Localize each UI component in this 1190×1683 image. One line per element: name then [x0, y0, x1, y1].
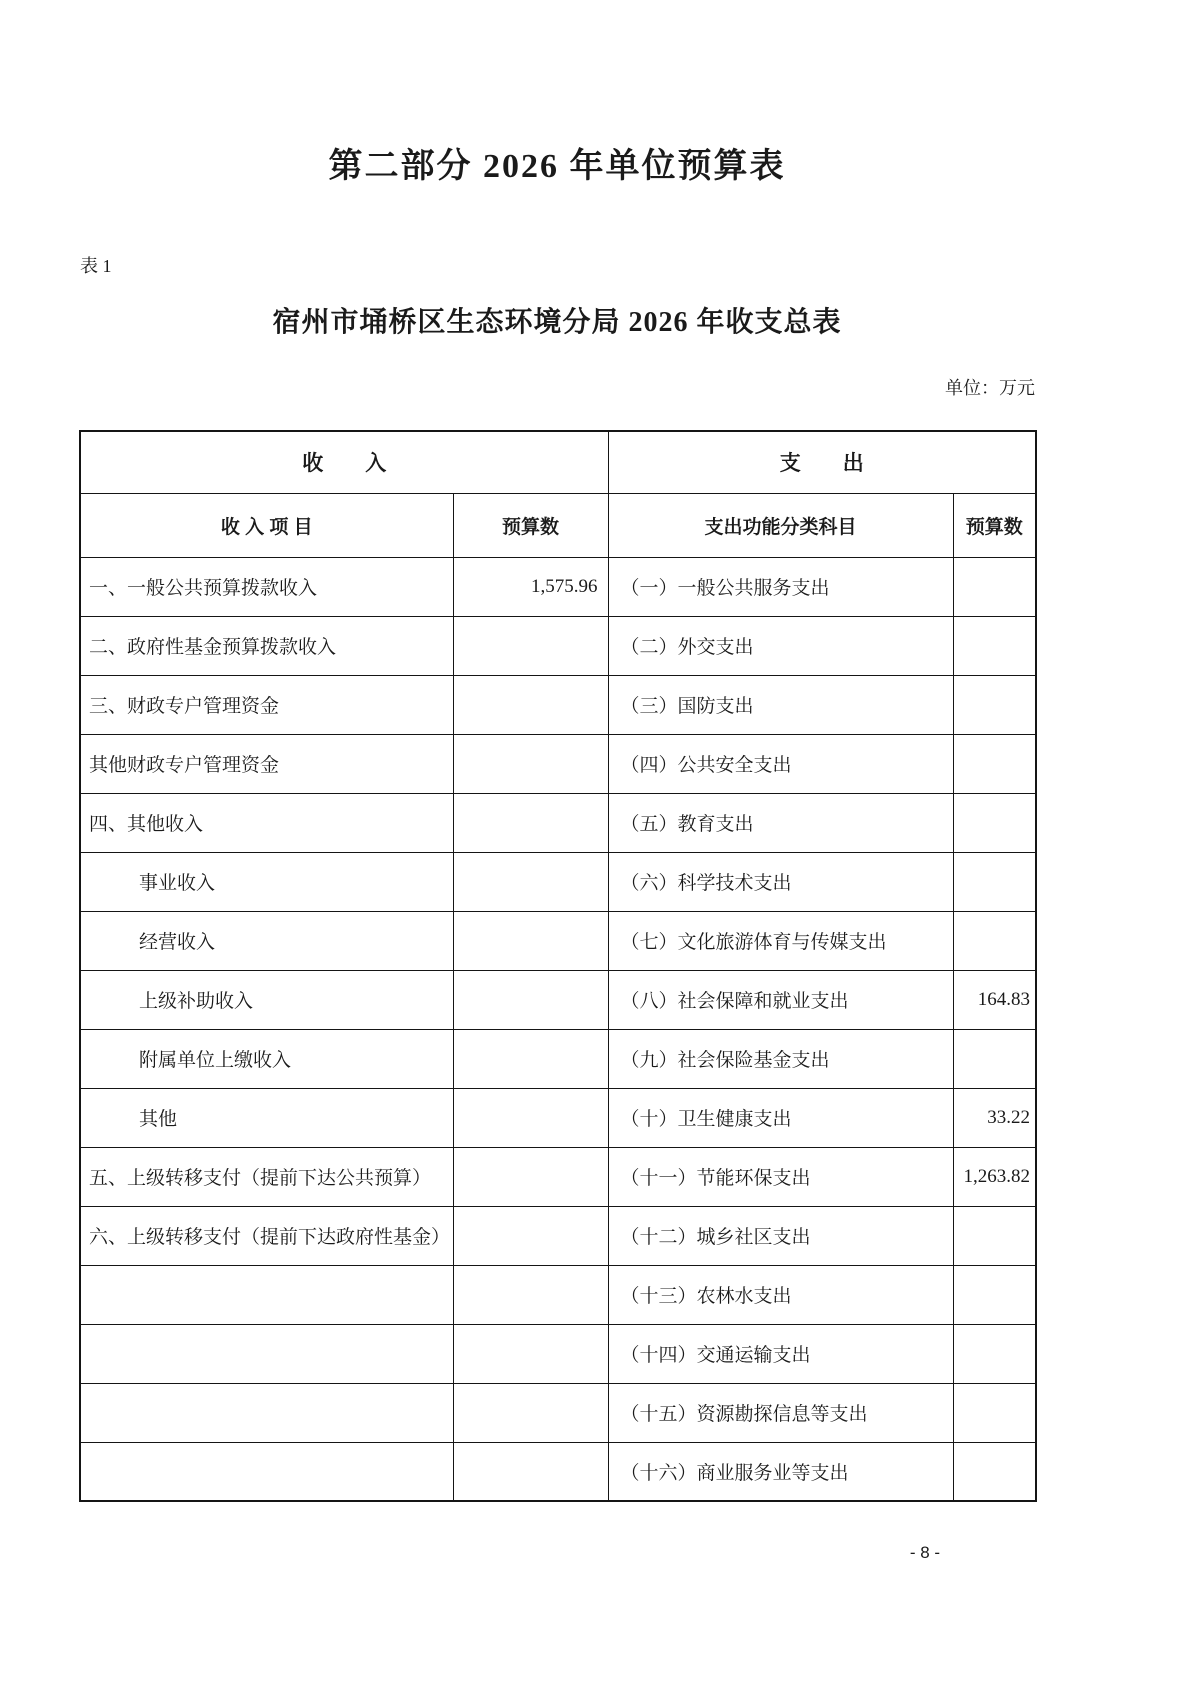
column-header-row: 收 入 项 目 预算数 支出功能分类科目 预算数 [80, 493, 1036, 557]
page-number: - 8 - [885, 1543, 965, 1563]
expense-item-cell: （七）文化旅游体育与传媒支出 [608, 911, 953, 970]
expense-value-cell [953, 675, 1036, 734]
income-value-cell [453, 616, 608, 675]
expense-value-cell [953, 734, 1036, 793]
income-item-cell: 其他 [80, 1088, 453, 1147]
table-row: 四、其他收入 （五）教育支出 [80, 793, 1036, 852]
budget-table: 收 入 支 出 收 入 项 目 预算数 支出功能分类科目 预算数 一、一般公共预… [79, 430, 1037, 1502]
income-item-cell: 附属单位上缴收入 [80, 1029, 453, 1088]
table-label: 表 1 [80, 252, 112, 278]
income-item-cell [80, 1265, 453, 1324]
unit-note: 单位：万元 [79, 374, 1035, 400]
table-row: （十五）资源勘探信息等支出 [80, 1383, 1036, 1442]
expense-item-cell: （五）教育支出 [608, 793, 953, 852]
expense-item-cell: （四）公共安全支出 [608, 734, 953, 793]
income-item-cell: 事业收入 [80, 852, 453, 911]
income-value-cell [453, 734, 608, 793]
expense-item-cell: （十一）节能环保支出 [608, 1147, 953, 1206]
expense-value-cell [953, 793, 1036, 852]
expense-item-cell: （十四）交通运输支出 [608, 1324, 953, 1383]
table-row: 一、一般公共预算拨款收入 1,575.96 （一）一般公共服务支出 [80, 557, 1036, 616]
expense-value-cell [953, 911, 1036, 970]
table-row: 五、上级转移支付（提前下达公共预算） （十一）节能环保支出 1,263.82 [80, 1147, 1036, 1206]
expense-budget-header: 预算数 [953, 493, 1036, 557]
document-page: 第二部分 2026 年单位预算表 表 1 宿州市埇桥区生态环境分局 2026 年… [0, 0, 1190, 1683]
expense-item-cell: （八）社会保障和就业支出 [608, 970, 953, 1029]
expense-item-cell: （九）社会保险基金支出 [608, 1029, 953, 1088]
table-row: （十三）农林水支出 [80, 1265, 1036, 1324]
table-row: 二、政府性基金预算拨款收入 （二）外交支出 [80, 616, 1036, 675]
income-group-header: 收 入 [80, 431, 608, 493]
income-item-cell [80, 1442, 453, 1501]
income-value-cell [453, 675, 608, 734]
expense-item-header: 支出功能分类科目 [608, 493, 953, 557]
income-item-cell [80, 1324, 453, 1383]
part-title: 第二部分 2026 年单位预算表 [79, 138, 1035, 187]
expense-value-cell [953, 557, 1036, 616]
table-row: 其他财政专户管理资金 （四）公共安全支出 [80, 734, 1036, 793]
expense-item-cell: （六）科学技术支出 [608, 852, 953, 911]
table-title: 宿州市埇桥区生态环境分局 2026 年收支总表 [79, 300, 1035, 340]
income-item-cell: 经营收入 [80, 911, 453, 970]
expense-item-cell: （十三）农林水支出 [608, 1265, 953, 1324]
expense-value-cell [953, 1029, 1036, 1088]
income-item-header: 收 入 项 目 [80, 493, 453, 557]
expense-item-cell: （一）一般公共服务支出 [608, 557, 953, 616]
income-value-cell [453, 1029, 608, 1088]
income-item-cell: 六、上级转移支付（提前下达政府性基金） [80, 1206, 453, 1265]
expense-item-cell: （十）卫生健康支出 [608, 1088, 953, 1147]
table-row: （十六）商业服务业等支出 [80, 1442, 1036, 1501]
income-value-cell: 1,575.96 [453, 557, 608, 616]
table-row: 经营收入 （七）文化旅游体育与传媒支出 [80, 911, 1036, 970]
expense-item-cell: （二）外交支出 [608, 616, 953, 675]
expense-value-cell [953, 1265, 1036, 1324]
income-value-cell [453, 852, 608, 911]
table-row: 六、上级转移支付（提前下达政府性基金） （十二）城乡社区支出 [80, 1206, 1036, 1265]
income-value-cell [453, 1088, 608, 1147]
income-value-cell [453, 1265, 608, 1324]
expense-value-cell [953, 1324, 1036, 1383]
expense-item-cell: （十五）资源勘探信息等支出 [608, 1383, 953, 1442]
expense-value-cell: 1,263.82 [953, 1147, 1036, 1206]
table-row: 上级补助收入 （八）社会保障和就业支出 164.83 [80, 970, 1036, 1029]
income-item-cell: 五、上级转移支付（提前下达公共预算） [80, 1147, 453, 1206]
income-value-cell [453, 911, 608, 970]
expense-item-cell: （十二）城乡社区支出 [608, 1206, 953, 1265]
table-row: 其他 （十）卫生健康支出 33.22 [80, 1088, 1036, 1147]
expense-value-cell: 33.22 [953, 1088, 1036, 1147]
expense-item-cell: （三）国防支出 [608, 675, 953, 734]
income-item-cell: 其他财政专户管理资金 [80, 734, 453, 793]
expense-item-cell: （十六）商业服务业等支出 [608, 1442, 953, 1501]
expense-value-cell [953, 1383, 1036, 1442]
income-budget-header: 预算数 [453, 493, 608, 557]
group-header-row: 收 入 支 出 [80, 431, 1036, 493]
expense-value-cell: 164.83 [953, 970, 1036, 1029]
expense-group-header: 支 出 [608, 431, 1036, 493]
income-value-cell [453, 1324, 608, 1383]
expense-value-cell [953, 616, 1036, 675]
income-item-cell: 上级补助收入 [80, 970, 453, 1029]
table-row: 附属单位上缴收入 （九）社会保险基金支出 [80, 1029, 1036, 1088]
expense-value-cell [953, 1206, 1036, 1265]
expense-value-cell [953, 1442, 1036, 1501]
income-value-cell [453, 1442, 608, 1501]
income-value-cell [453, 1383, 608, 1442]
income-value-cell [453, 793, 608, 852]
table-row: 事业收入 （六）科学技术支出 [80, 852, 1036, 911]
table-row: 三、财政专户管理资金 （三）国防支出 [80, 675, 1036, 734]
income-value-cell [453, 1147, 608, 1206]
income-value-cell [453, 1206, 608, 1265]
expense-value-cell [953, 852, 1036, 911]
income-item-cell: 三、财政专户管理资金 [80, 675, 453, 734]
table-row: （十四）交通运输支出 [80, 1324, 1036, 1383]
income-item-cell [80, 1383, 453, 1442]
income-item-cell: 二、政府性基金预算拨款收入 [80, 616, 453, 675]
income-value-cell [453, 970, 608, 1029]
income-item-cell: 一、一般公共预算拨款收入 [80, 557, 453, 616]
income-item-cell: 四、其他收入 [80, 793, 453, 852]
